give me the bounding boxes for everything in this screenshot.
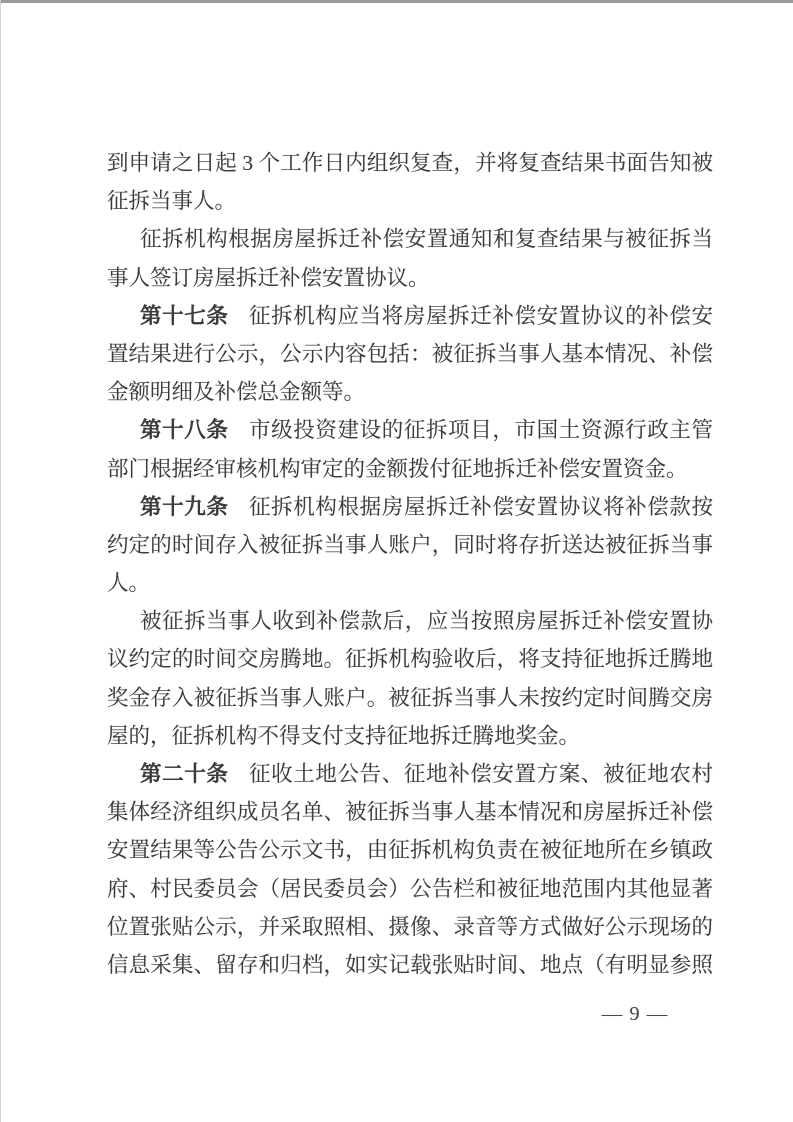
article-number: 第二十条 bbox=[140, 762, 229, 786]
document-page: { "page": { "number_label": "— 9 —" }, "… bbox=[0, 0, 793, 1122]
text-line: 约定的时间存入被征拆当事人账户，同时将存折送达被征拆当事 bbox=[107, 526, 713, 564]
text-line: 集体经济组织成员名单、被征拆当事人基本情况和房屋拆迁补偿 bbox=[107, 793, 713, 831]
text-line: 征拆当事人。 bbox=[107, 182, 713, 220]
article-number: 第十九条 bbox=[140, 495, 229, 519]
text-line: 金额明细及补偿总金额等。 bbox=[107, 373, 713, 411]
text-line: 被征拆当事人收到补偿款后，应当按照房屋拆迁补偿安置协 bbox=[107, 602, 713, 640]
text-line: 屋的，征拆机构不得支付支持征地拆迁腾地奖金。 bbox=[107, 717, 713, 755]
text-line: 第十八条市级投资建设的征拆项目，市国土资源行政主管 bbox=[107, 411, 713, 449]
text-line: 置结果进行公示，公示内容包括：被征拆当事人基本情况、补偿 bbox=[107, 335, 713, 373]
scan-edge-top bbox=[0, 0, 793, 3]
text-line: 第十九条征拆机构根据房屋拆迁补偿安置协议将补偿款按 bbox=[107, 488, 713, 526]
text-line: 位置张贴公示，并采取照相、摄像、录音等方式做好公示现场的 bbox=[107, 908, 713, 946]
text-line: 安置结果等公告公示文书，由征拆机构负责在被征地所在乡镇政 bbox=[107, 831, 713, 869]
text-line: 事人签订房屋拆迁补偿安置协议。 bbox=[107, 259, 713, 297]
text-line: 部门根据经审核机构审定的金额拨付征地拆迁补偿安置资金。 bbox=[107, 450, 713, 488]
article-number: 第十八条 bbox=[140, 418, 229, 442]
article-number: 第十七条 bbox=[140, 304, 229, 328]
document-body: 到申请之日起 3 个工作日内组织复查，并将复查结果书面告知被征拆当事人。征拆机构… bbox=[107, 144, 713, 984]
text-line: 到申请之日起 3 个工作日内组织复查，并将复查结果书面告知被 bbox=[107, 144, 713, 182]
text-line: 人。 bbox=[107, 564, 713, 602]
text-line: 府、村民委员会（居民委员会）公告栏和被征地范围内其他显著 bbox=[107, 870, 713, 908]
text-line: 第十七条征拆机构应当将房屋拆迁补偿安置协议的补偿安 bbox=[107, 297, 713, 335]
text-line: 信息采集、留存和归档，如实记载张贴时间、地点（有明显参照 bbox=[107, 946, 713, 984]
text-line: 第二十条征收土地公告、征地补偿安置方案、被征地农村 bbox=[107, 755, 713, 793]
text-line: 征拆机构根据房屋拆迁补偿安置通知和复查结果与被征拆当 bbox=[107, 220, 713, 258]
page-number: — 9 — bbox=[580, 1001, 690, 1027]
scan-edge-left bbox=[0, 0, 1, 1122]
text-line: 议约定的时间交房腾地。征拆机构验收后，将支持征地拆迁腾地 bbox=[107, 640, 713, 678]
text-line: 奖金存入被征拆当事人账户。被征拆当事人未按约定时间腾交房 bbox=[107, 679, 713, 717]
